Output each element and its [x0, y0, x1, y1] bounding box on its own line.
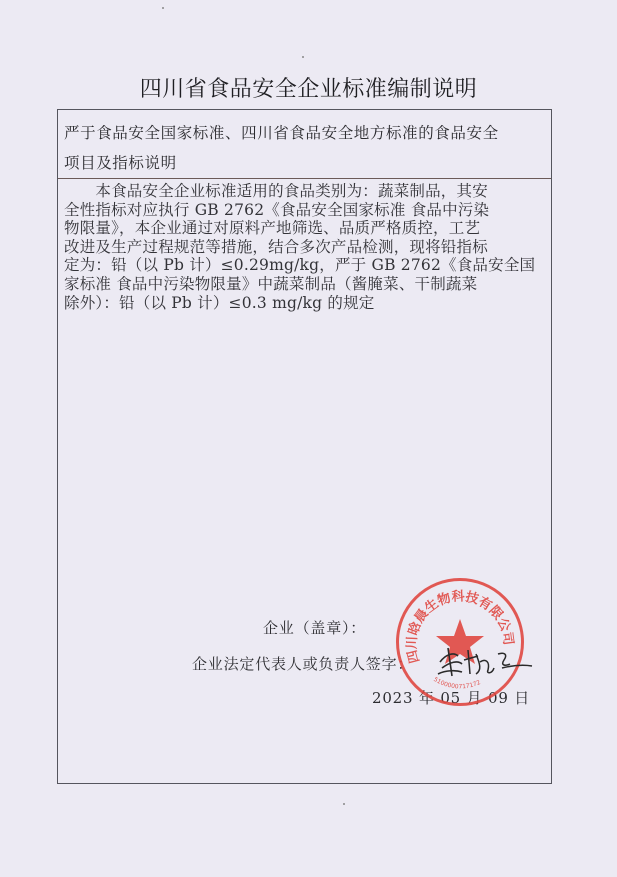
- header-line-1: 严于食品安全国家标准、四川省食品安全地方标准的食品安全: [64, 118, 551, 148]
- body-line: 改进及生产过程规范等措施，结合多次产品检测，现将铅指标: [64, 238, 544, 257]
- scan-speck: [343, 803, 345, 805]
- scan-speck: [162, 7, 164, 9]
- scan-speck: [302, 56, 304, 58]
- page-title: 四川省食品安全企业标准编制说明: [0, 72, 617, 103]
- document-table: 严于食品安全国家标准、四川省食品安全地方标准的食品安全 项目及指标说明 本食品安…: [57, 109, 552, 784]
- body-line: 本食品安全企业标准适用的食品类别为：蔬菜制品，其安: [64, 182, 544, 201]
- header-cell: 严于食品安全国家标准、四川省食品安全地方标准的食品安全 项目及指标说明: [58, 110, 551, 179]
- header-line-2: 项目及指标说明: [64, 148, 551, 178]
- body-line: 家标准 食品中污染物限量》中蔬菜制品（酱腌菜、干制蔬菜: [64, 275, 544, 294]
- body-line: 物限量》，本企业通过对原料产地筛选、品质严格质控，工艺: [64, 219, 544, 238]
- body-line: 定为：铅（以 Pb 计）≤0.29mg/kg，严于 GB 2762《食品安全国: [64, 256, 544, 275]
- body-line: 全性指标对应执行 GB 2762《食品安全国家标准 食品中污染: [64, 201, 544, 220]
- body-line: 除外）：铅（以 Pb 计）≤0.3 mg/kg 的规定: [64, 294, 544, 313]
- body-paragraph: 本食品安全企业标准适用的食品类别为：蔬菜制品，其安 全性指标对应执行 GB 27…: [64, 182, 544, 312]
